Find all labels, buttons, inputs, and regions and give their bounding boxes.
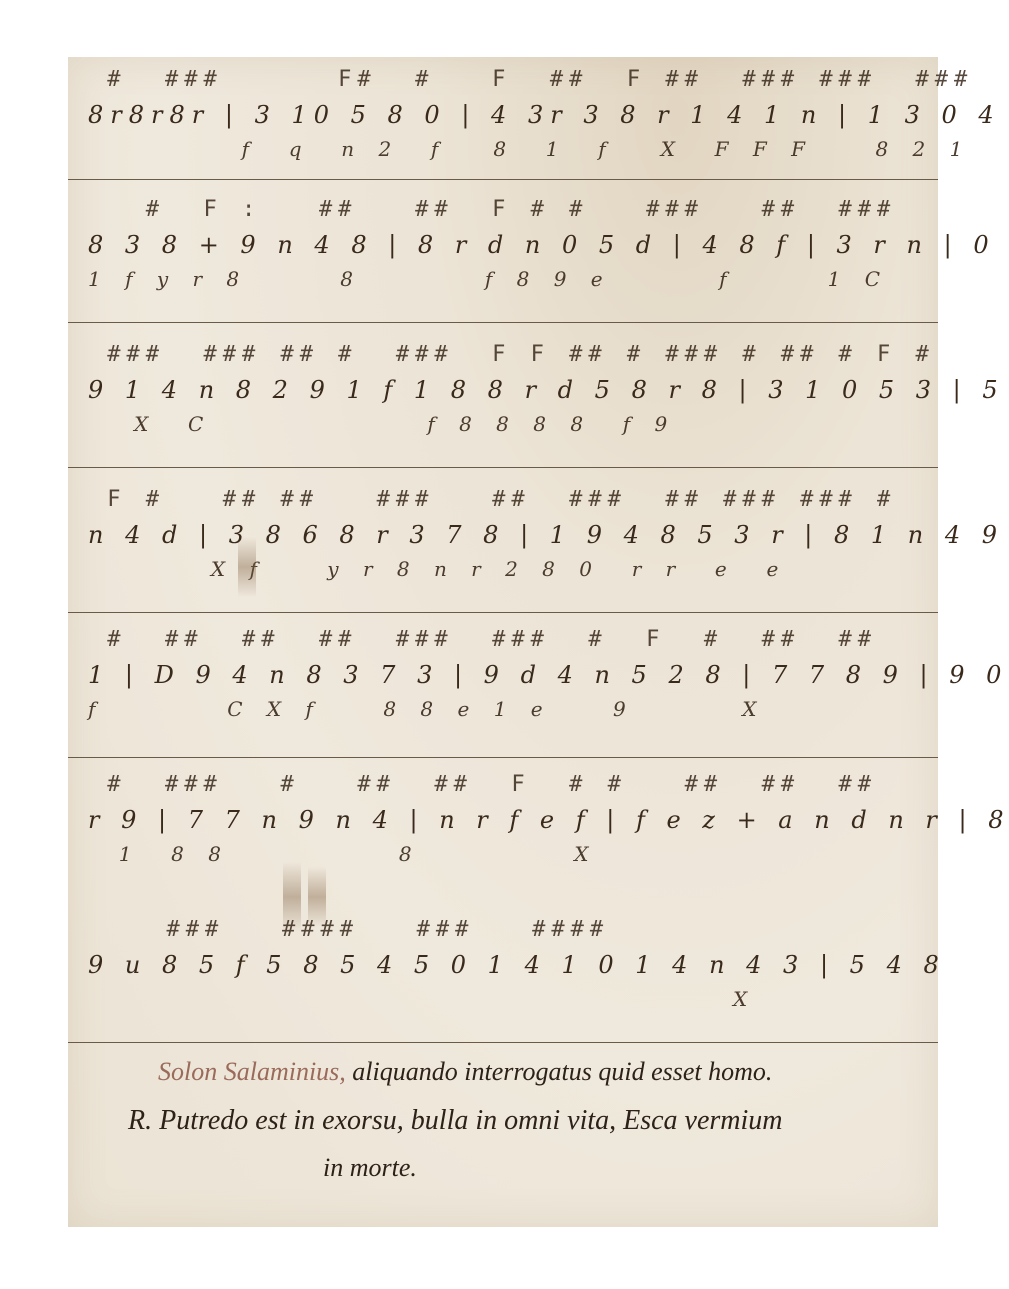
- tablature-system-2: # F : ## ## F # # ### ## ### 8 3 8 + 9 n…: [68, 197, 938, 322]
- inscription-line-2: R. Putredo est in exorsu, bulla in omni …: [128, 1105, 783, 1137]
- tablature-row-lower: X: [88, 987, 918, 1011]
- system-divider: [68, 179, 938, 180]
- tablature-row: 9 u 8 5 f 5 8 5 4 5 0 1 4 1 0 1 4 n 4 3 …: [88, 951, 918, 979]
- rhythm-signs: ### #### ### ####: [128, 917, 918, 942]
- tablature-system-6: # ### # ## ## F # # ## ## ## r 9 | 7 7 n…: [68, 772, 938, 902]
- tablature-system-5: # ## ## ## ### ### # F # ## ## 1 | D 9 4…: [68, 627, 938, 757]
- inscription-question: aliquando interrogatus quid esset homo.: [346, 1057, 773, 1086]
- tablature-system-7: ### #### ### #### 9 u 8 5 f 5 8 5 4 5 0 …: [68, 917, 938, 1037]
- ink-stain: [238, 537, 256, 597]
- tablature-system-3: ### ### ## # ### F F ## # ### # ## # F #…: [68, 342, 938, 467]
- tablature-system-4: F # ## ## ### ## ### ## ### ### # n 4 d …: [68, 487, 938, 612]
- tablature-row-lower: X f y r 8 n r 2 8 0 r r e e: [88, 557, 918, 581]
- tablature-row: 8r8r8r | 3 10 5 8 0 | 4 3r 3 8 r 1 4 1 n…: [88, 101, 918, 129]
- tablature-system-1: # ### F# # F ## F ## ### ### ### 8r8r8r …: [68, 67, 938, 179]
- tablature-row-lower: 1 f y r 8 8 f 8 9 e f 1 C: [88, 267, 918, 291]
- tablature-row: 8 3 8 + 9 n 4 8 | 8 r d n 0 5 d | 4 8 f …: [88, 231, 918, 259]
- tablature-row-lower: f C X f 8 8 e 1 e 9 X: [88, 697, 918, 721]
- rhythm-signs: # ### # ## ## F # # ## ## ##: [88, 772, 918, 797]
- tablature-row: r 9 | 7 7 n 9 n 4 | n r f e f | f e z + …: [88, 806, 918, 834]
- rhythm-signs: ### ### ## # ### F F ## # ### # ## # F #: [88, 342, 918, 367]
- system-divider: [68, 757, 938, 758]
- tablature-row-lower: X C f 8 8 8 8 f 9: [88, 412, 918, 436]
- rhythm-signs: # F : ## ## F # # ### ## ###: [88, 197, 918, 222]
- inscription-line-1: Solon Salaminius, aliquando interrogatus…: [158, 1057, 772, 1087]
- rhythm-signs: F # ## ## ### ## ### ## ### ### #: [88, 487, 918, 512]
- tablature-row-lower: 1 8 8 8 X: [88, 842, 918, 866]
- tablature-row: 9 1 4 n 8 2 9 1 f 1 8 8 r d 5 8 r 8 | 3 …: [88, 376, 918, 404]
- tablature-row: 1 | D 9 4 n 8 3 7 3 | 9 d 4 n 5 2 8 | 7 …: [88, 661, 918, 689]
- rhythm-signs: # ### F# # F ## F ## ### ### ###: [88, 67, 918, 92]
- system-divider: [68, 612, 938, 613]
- system-divider: [68, 467, 938, 468]
- system-divider: [68, 322, 938, 323]
- manuscript-page: # ### F# # F ## F ## ### ### ### 8r8r8r …: [68, 57, 938, 1227]
- rhythm-signs: # ## ## ## ### ### # F # ## ##: [88, 627, 918, 652]
- inscription-heading: Solon Salaminius,: [158, 1057, 346, 1086]
- system-divider: [68, 1042, 938, 1043]
- tablature-row-lower: f q n 2 f 8 1 f X F F F 8 2 1: [88, 137, 918, 161]
- tablature-row: n 4 d | 3 8 6 8 r 3 7 8 | 1 9 4 8 5 3 r …: [88, 521, 918, 549]
- inscription-line-3: in morte.: [323, 1153, 417, 1183]
